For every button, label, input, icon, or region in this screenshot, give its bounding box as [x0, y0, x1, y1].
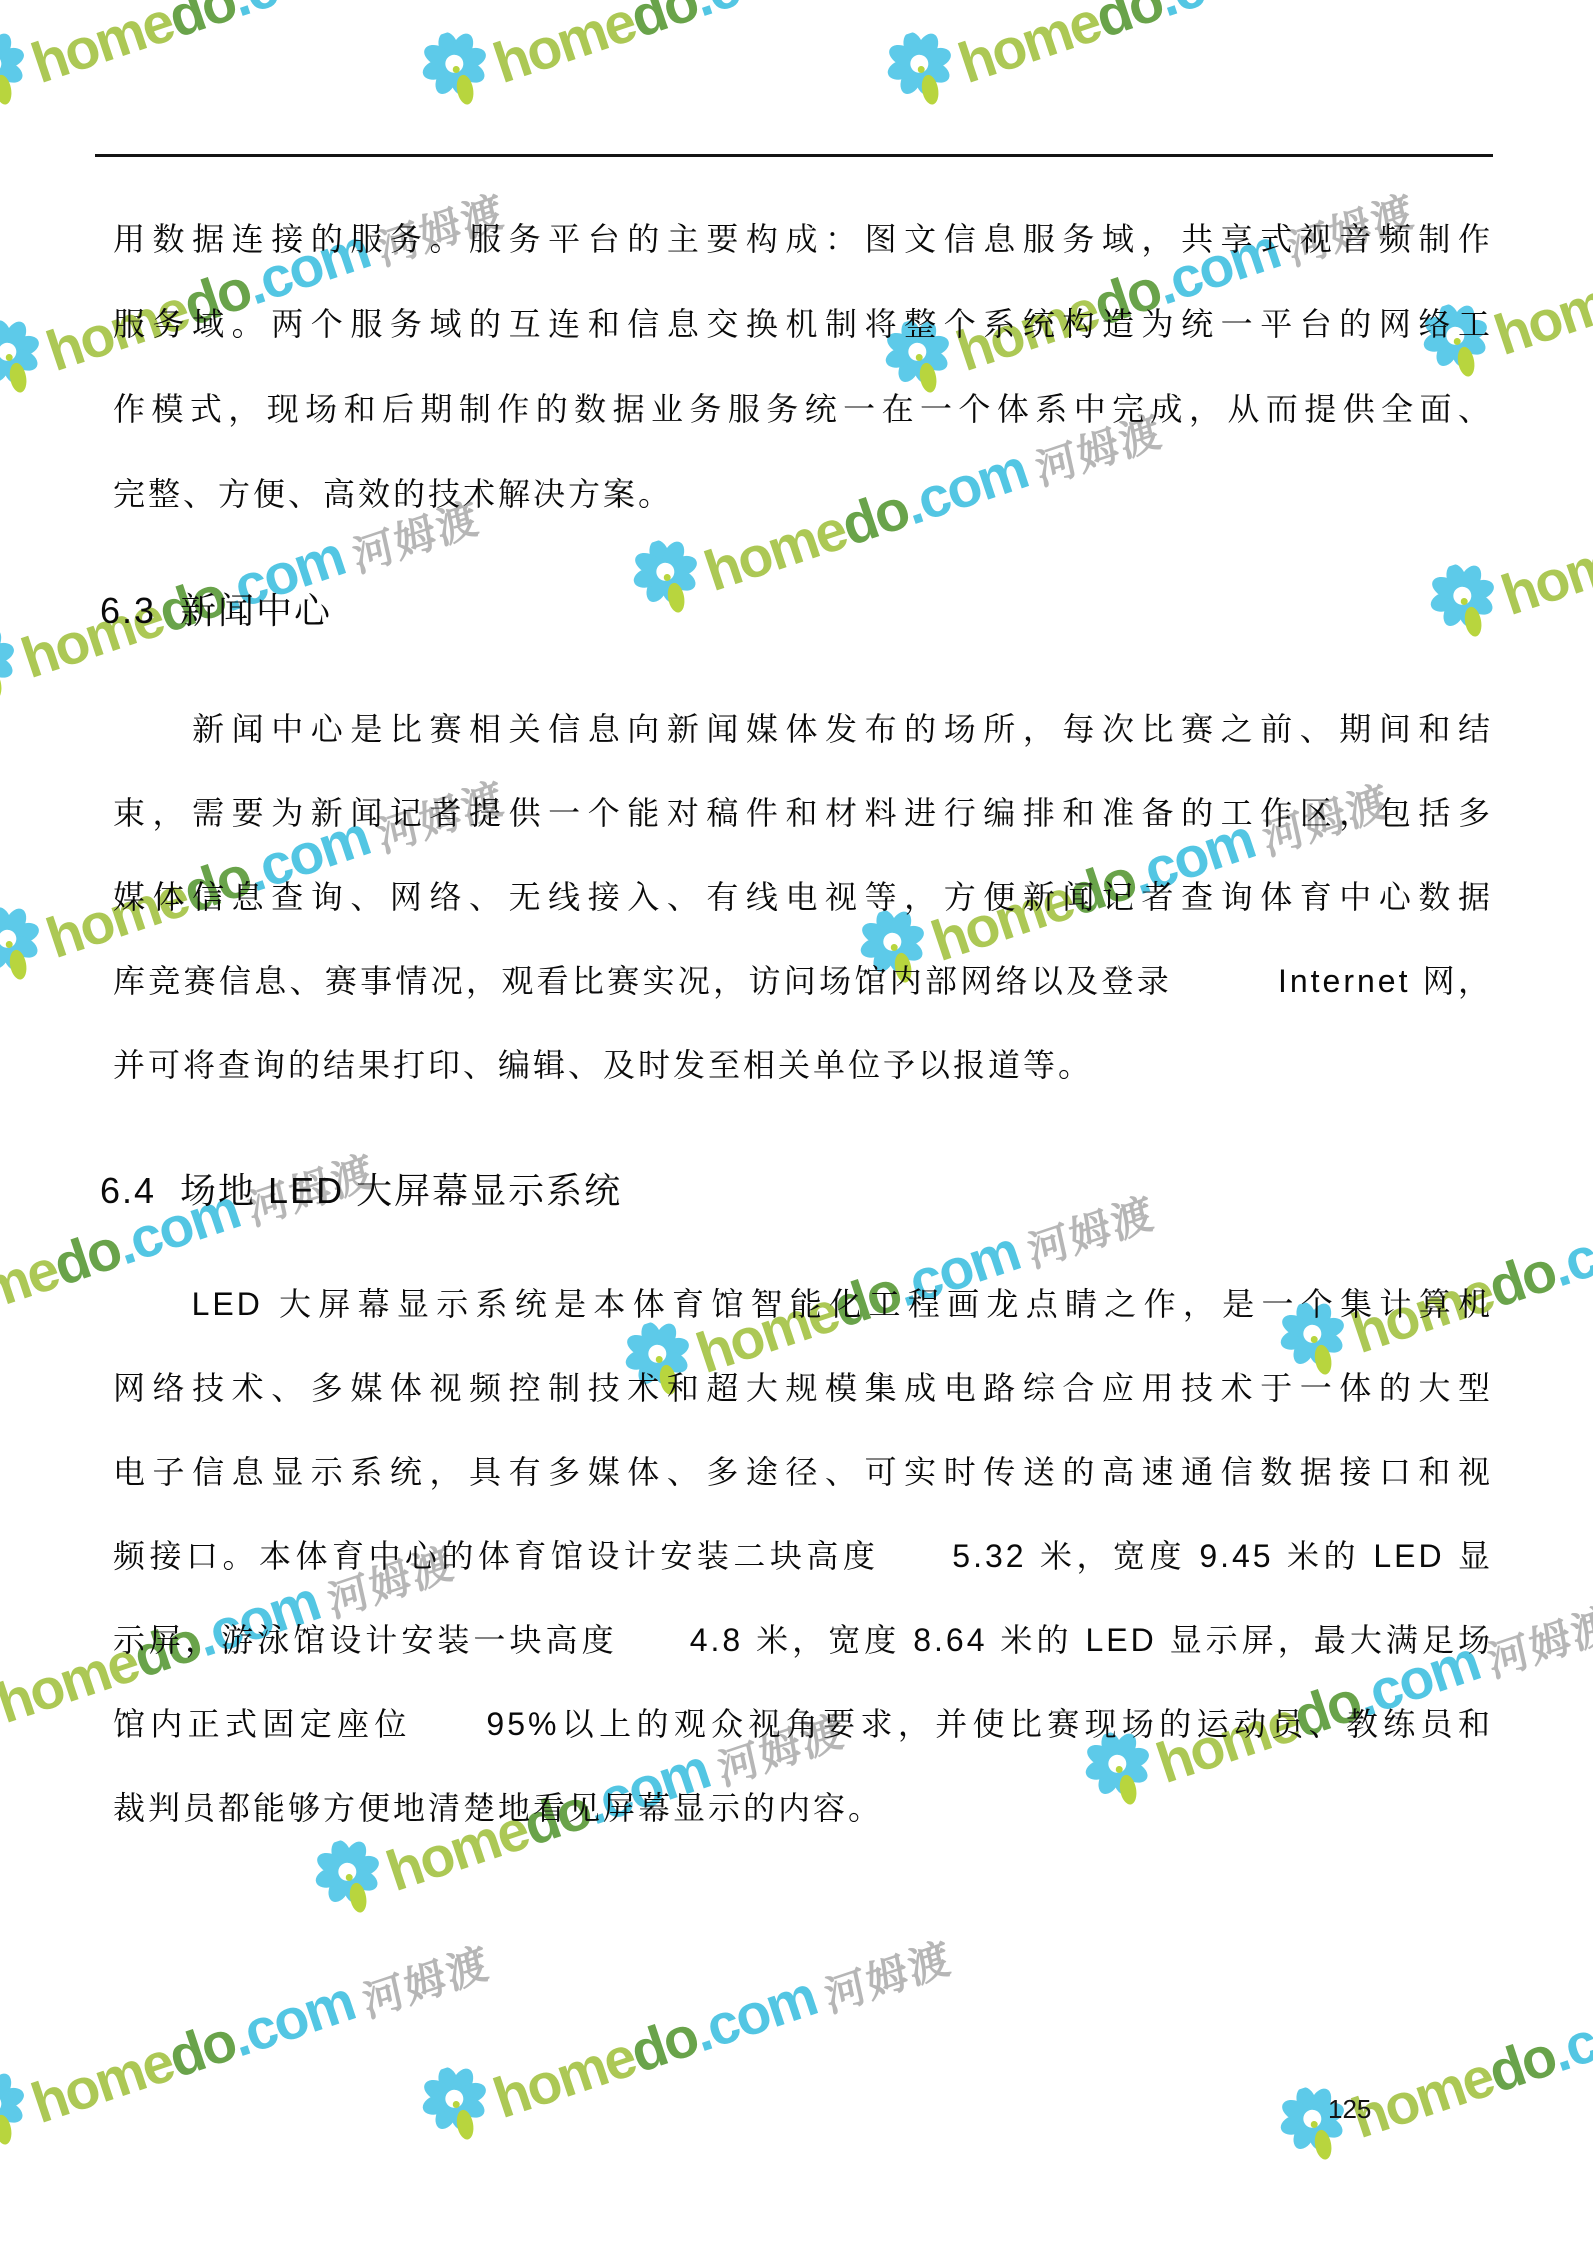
paragraph-line: 完整、方便、高效的技术解决方案。 — [113, 473, 1493, 515]
paragraph-line: 网络技术、多媒体视频控制技术和超大规模集成电路综合应用技术于一体的大型 — [113, 1367, 1493, 1409]
section-heading-6-3: 6.3 新闻中心 — [100, 588, 332, 634]
document-page: homedo.com河姆渡homedo.com河姆渡homedo.com河姆渡h… — [0, 0, 1593, 2255]
paragraph-line: 束，需要为新闻记者提供一个能对稿件和材料进行编排和准备的工作区，包括多 — [113, 792, 1493, 834]
header-rule — [95, 154, 1493, 157]
paragraph-line: 媒体信息查询、网络、无线接入、有线电视等，方便新闻记者查询体育中心数据 — [113, 876, 1493, 918]
paragraph-line: LED 大屏幕显示系统是本体育馆智能化工程画龙点睛之作，是一个集计算机 — [113, 1283, 1493, 1325]
paragraph-line: 库竞赛信息、赛事情况，观看比赛实况，访问场馆内部网络以及登录 Internet … — [113, 960, 1493, 1002]
document-text-layer: 用数据连接的服务。服务平台的主要构成：图文信息服务域，共享式视音频制作 服务域。… — [0, 0, 1593, 2255]
paragraph-line: 新闻中心是比赛相关信息向新闻媒体发布的场所，每次比赛之前、期间和结 — [113, 708, 1493, 750]
paragraph-line: 并可将查询的结果打印、编辑、及时发至相关单位予以报道等。 — [113, 1044, 1493, 1086]
paragraph-line: 馆内正式固定座位 95%以上的观众视角要求，并使比赛现场的运动员、教练员和 — [113, 1703, 1493, 1745]
paragraph-line: 电子信息显示系统，具有多媒体、多途径、可实时传送的高速通信数据接口和视 — [113, 1451, 1493, 1493]
paragraph-line: 作模式，现场和后期制作的数据业务服务统一在一个体系中完成，从而提供全面、 — [113, 388, 1493, 430]
paragraph-line: 服务域。两个服务域的互连和信息交换机制将整个系统构造为统一平台的网络工 — [113, 303, 1493, 345]
section-heading-6-4: 6.4 场地 LED 大屏幕显示系统 — [100, 1168, 622, 1214]
paragraph-line: 频接口。本体育中心的体育馆设计安装二块高度 5.32 米，宽度 9.45 米的 … — [113, 1535, 1493, 1577]
paragraph-line: 示屏，游泳馆设计安装一块高度 4.8 米，宽度 8.64 米的 LED 显示屏，… — [113, 1619, 1493, 1661]
paragraph-line: 裁判员都能够方便地清楚地看见屏幕显示的内容。 — [113, 1787, 1493, 1829]
paragraph-line: 用数据连接的服务。服务平台的主要构成：图文信息服务域，共享式视音频制作 — [113, 218, 1493, 260]
page-number: 125 — [1328, 2094, 1371, 2125]
